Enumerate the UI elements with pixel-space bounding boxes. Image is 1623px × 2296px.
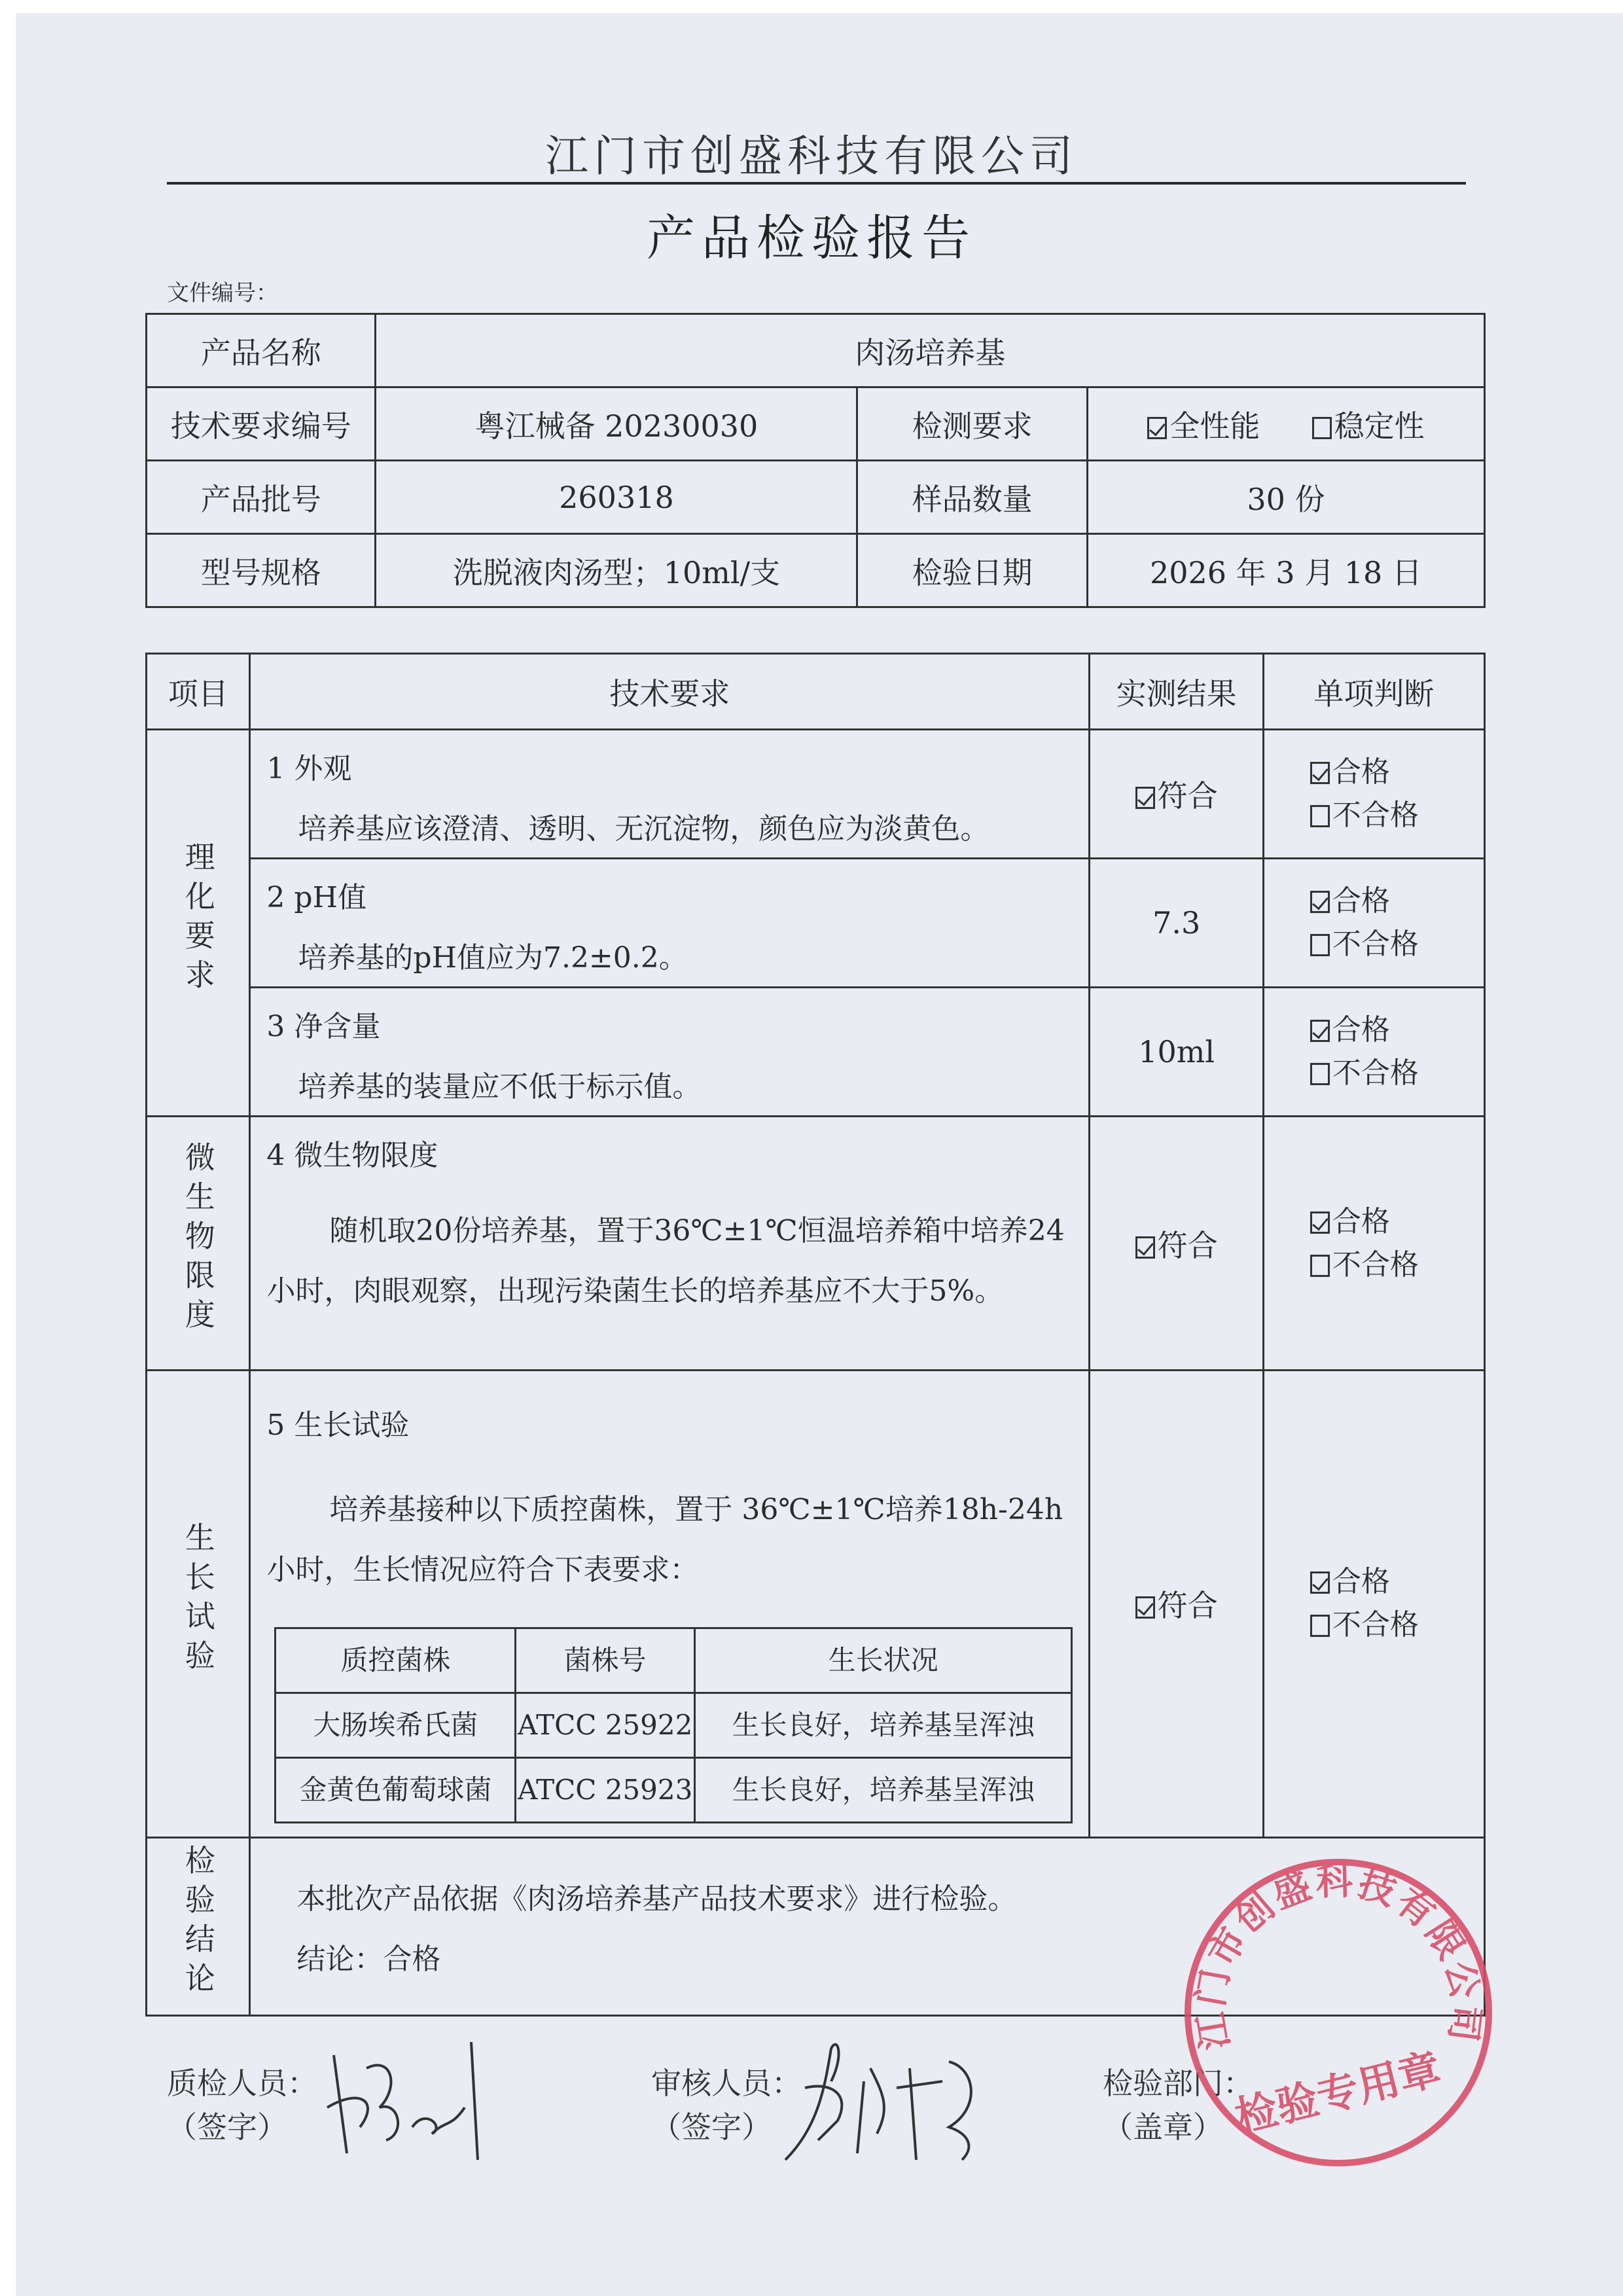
test-req-options: 全性能 稳定性 (1087, 387, 1484, 461)
checkbox-checked-icon[interactable] (1135, 1596, 1155, 1619)
results-table: 项目 技术要求 实测结果 单项判断 理化要求 1 外观 培养基应该澄清、透明、无… (145, 653, 1486, 2017)
sample-qty-label: 样品数量 (857, 461, 1087, 534)
category-conclusion: 检验结论 (147, 1837, 250, 2015)
strain-name: 大肠埃希氏菌 (276, 1693, 516, 1757)
tech-req-no-label: 技术要求编号 (147, 387, 376, 461)
product-name-label: 产品名称 (147, 314, 376, 387)
strain-growth: 生长良好，培养基呈浑浊 (694, 1693, 1071, 1757)
header-result: 实测结果 (1090, 654, 1263, 730)
seal-icon: 江门市创盛科技有限公司 检验专用章 (1185, 1859, 1492, 2166)
checkbox-checked-icon[interactable] (1310, 1211, 1330, 1234)
table-row: 大肠埃希氏菌 ATCC 25922 生长良好，培养基呈浑浊 (276, 1693, 1072, 1757)
judge-net-content: 合格 不合格 (1263, 988, 1484, 1117)
batch-label: 产品批号 (147, 461, 376, 534)
header-tech-req: 技术要求 (250, 654, 1090, 730)
strain-header-id: 菌株号 (516, 1628, 695, 1693)
file-number-label: 文件编号： (167, 275, 278, 307)
strain-header-growth: 生长状况 (694, 1628, 1071, 1693)
batch-value: 260318 (376, 461, 857, 534)
strain-growth: 生长良好，培养基呈浑浊 (694, 1757, 1071, 1822)
req-growth-test: 5 生长试验 培养基接种以下质控菌株，置于 36℃±1℃培养18h-24h 小时… (250, 1371, 1090, 1838)
table-row: 3 净含量 培养基的装量应不低于标示值。 10ml 合格 不合格 (147, 988, 1485, 1117)
checkbox-checked-icon[interactable] (1310, 762, 1330, 784)
result-microbial-limit: 符合 (1090, 1117, 1263, 1371)
checkbox-unchecked-icon[interactable] (1310, 805, 1330, 827)
company-name: 江门市创盛科技有限公司 (0, 121, 1623, 183)
checkbox-unchecked-icon[interactable] (1310, 934, 1330, 956)
judge-ph: 合格 不合格 (1263, 859, 1484, 988)
table-row: 金黄色葡萄球菌 ATCC 25923 生长良好，培养基呈浑浊 (276, 1757, 1072, 1822)
strain-header-name: 质控菌株 (276, 1628, 516, 1693)
table-header-row: 质控菌株 菌株号 生长状况 (276, 1628, 1072, 1693)
table-row: 理化要求 1 外观 培养基应该澄清、透明、无沉淀物，颜色应为淡黄色。 符合 合格… (147, 730, 1485, 859)
seal-center-text: 检验专用章 (1231, 2045, 1446, 2142)
header-judgement: 单项判断 (1263, 654, 1484, 730)
header-item: 项目 (147, 654, 250, 730)
result-growth-test: 符合 (1090, 1371, 1263, 1838)
checkbox-unchecked-icon[interactable] (1310, 1615, 1330, 1637)
judge-appearance: 合格 不合格 (1263, 730, 1484, 859)
company-seal: 江门市创盛科技有限公司 检验专用章 (1185, 1859, 1492, 2166)
checkbox-unchecked-icon[interactable] (1310, 1255, 1330, 1277)
table-row: 型号规格 洗脱液肉汤型；10ml/支 检验日期 2026 年 3 月 18 日 (147, 534, 1485, 607)
strain-table: 质控菌株 菌株号 生长状况 大肠埃希氏菌 ATCC 25922 生长良好，培养基… (274, 1627, 1073, 1823)
option-full-performance: 全性能 (1169, 408, 1260, 444)
inspector-signature-block: 质检人员： （签字） (167, 2062, 317, 2149)
judge-microbial-limit: 合格 不合格 (1263, 1117, 1484, 1371)
result-net-content: 10ml (1090, 988, 1263, 1117)
sample-qty-value: 30 份 (1087, 461, 1484, 534)
strain-id: ATCC 25923 (516, 1757, 695, 1822)
test-date-label: 检验日期 (857, 534, 1087, 607)
checkbox-checked-icon[interactable] (1310, 1571, 1330, 1594)
checkbox-checked-icon[interactable] (1135, 1236, 1155, 1259)
req-appearance: 1 外观 培养基应该澄清、透明、无沉淀物，颜色应为淡黄色。 (250, 730, 1090, 859)
inspector-signature (321, 2029, 504, 2166)
model-label: 型号规格 (147, 534, 376, 607)
table-row: 微生物限度 4 微生物限度 随机取20份培养基，置于36℃±1℃恒温培养箱中培养… (147, 1117, 1485, 1371)
product-name-value: 肉汤培养基 (376, 314, 1485, 387)
category-growth: 生长试验 (147, 1371, 250, 1838)
svg-text:江门市创盛科技有限公司: 江门市创盛科技有限公司 (1189, 1861, 1488, 2053)
tech-req-no-value: 粤江械备 20230030 (376, 387, 857, 461)
checkbox-checked-icon[interactable] (1310, 891, 1330, 913)
reviewer-signature (779, 2029, 1001, 2166)
result-appearance: 符合 (1090, 730, 1263, 859)
model-value: 洗脱液肉汤型；10ml/支 (376, 534, 857, 607)
test-date-value: 2026 年 3 月 18 日 (1087, 534, 1484, 607)
strain-name: 金黄色葡萄球菌 (276, 1757, 516, 1822)
header-rule (167, 182, 1466, 185)
table-row: 技术要求编号 粤江械备 20230030 检测要求 全性能 稳定性 (147, 387, 1485, 461)
product-info-table: 产品名称 肉汤培养基 技术要求编号 粤江械备 20230030 检测要求 全性能… (145, 313, 1486, 608)
checkbox-checked-icon[interactable] (1135, 787, 1155, 809)
table-row: 产品名称 肉汤培养基 (147, 314, 1485, 387)
table-row: 生长试验 5 生长试验 培养基接种以下质控菌株，置于 36℃±1℃培养18h-2… (147, 1371, 1485, 1838)
checkbox-checked-icon[interactable] (1310, 1020, 1330, 1042)
category-physchem: 理化要求 (147, 730, 250, 1117)
judge-growth-test: 合格 不合格 (1263, 1371, 1484, 1838)
checkbox-unchecked-icon[interactable] (1310, 1063, 1330, 1085)
report-title: 产品检验报告 (0, 200, 1623, 269)
category-microbial: 微生物限度 (147, 1117, 250, 1371)
result-ph: 7.3 (1090, 859, 1263, 988)
option-stability: 稳定性 (1334, 408, 1425, 444)
strain-id: ATCC 25922 (516, 1693, 695, 1757)
req-net-content: 3 净含量 培养基的装量应不低于标示值。 (250, 988, 1090, 1117)
table-row: 产品批号 260318 样品数量 30 份 (147, 461, 1485, 534)
test-req-label: 检测要求 (857, 387, 1087, 461)
req-ph: 2 pH值 培养基的pH值应为7.2±0.2。 (250, 859, 1090, 988)
req-microbial-limit: 4 微生物限度 随机取20份培养基，置于36℃±1℃恒温培养箱中培养24小时，肉… (250, 1117, 1090, 1371)
table-header-row: 项目 技术要求 实测结果 单项判断 (147, 654, 1485, 730)
checkbox-checked-icon[interactable] (1147, 417, 1167, 439)
seal-ring-text: 江门市创盛科技有限公司 (1189, 1861, 1488, 2053)
table-row: 2 pH值 培养基的pH值应为7.2±0.2。 7.3 合格 不合格 (147, 859, 1485, 988)
checkbox-unchecked-icon[interactable] (1312, 417, 1332, 439)
